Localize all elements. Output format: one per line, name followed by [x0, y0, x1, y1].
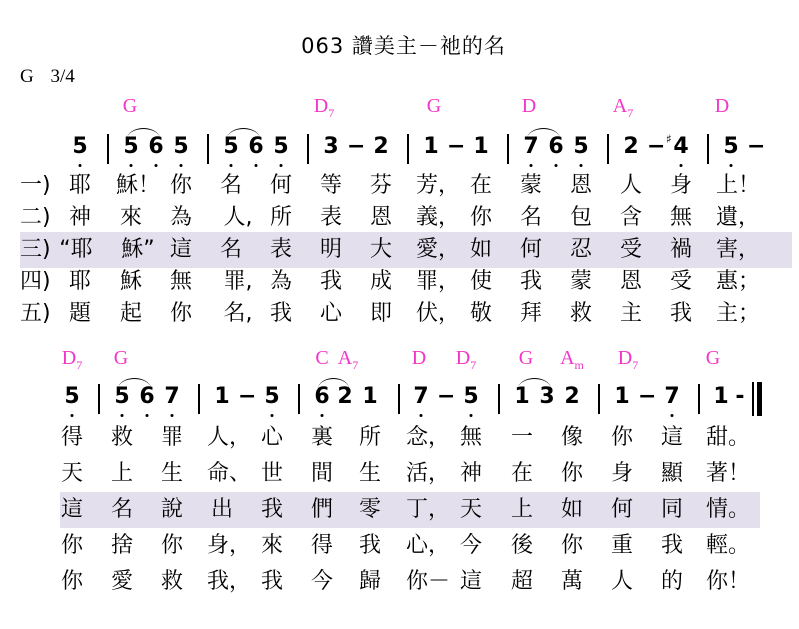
hold-dash: −	[647, 135, 665, 165]
note: 1	[361, 385, 379, 415]
note: 5	[272, 135, 290, 165]
lyric-char: 重	[611, 528, 633, 564]
lower-octave-dot-icon	[230, 164, 233, 167]
lyric-char: 何	[270, 168, 292, 204]
lyric-char: 超	[511, 564, 533, 600]
chord-symbol: A7	[613, 95, 633, 118]
chord-symbol: D7	[456, 347, 476, 370]
note: 5	[113, 385, 131, 415]
hold-dash: −	[347, 135, 365, 165]
lyric-char: 來	[120, 200, 142, 236]
barline	[407, 134, 409, 164]
tie-slur	[527, 128, 560, 139]
lyric-char: 人，	[207, 420, 251, 456]
lower-octave-dot-icon	[121, 414, 124, 417]
lyric-char: 主；	[716, 296, 760, 332]
lower-octave-dot-icon	[470, 414, 473, 417]
lyric-char: 我	[520, 264, 542, 300]
lyric-char: 心，	[406, 528, 450, 564]
barline	[207, 134, 209, 164]
lyric-char: 得	[61, 420, 83, 456]
sharp-icon: ♯	[666, 127, 672, 151]
hold-dash: −	[437, 385, 455, 415]
lyric-char: 你！	[706, 564, 750, 600]
time-signature: 3/4	[50, 66, 74, 87]
lyric-char: 上	[111, 456, 133, 492]
note: 5	[572, 135, 590, 165]
note: 5	[462, 385, 480, 415]
lyric-char: 人	[620, 168, 642, 204]
lyric-char: 起	[120, 296, 142, 332]
lyric-char: 間	[311, 456, 333, 492]
lower-octave-dot-icon	[146, 414, 149, 417]
lyric-char: 命、	[207, 456, 251, 492]
lyric-char: 含	[620, 200, 642, 236]
lyric-char: 等	[320, 168, 342, 204]
lyric-char: 今	[311, 564, 333, 600]
lyric-char: 今	[460, 528, 482, 564]
hold-dash: −	[638, 385, 656, 415]
final-barline-thin	[752, 382, 754, 416]
lower-octave-dot-icon	[171, 414, 174, 417]
lyric-char: 顯	[661, 456, 683, 492]
chord-symbol: C	[315, 347, 328, 370]
lyric-char: 救	[111, 420, 133, 456]
barline	[198, 384, 200, 414]
hold-dash: −	[747, 135, 765, 165]
note: 5	[172, 135, 190, 165]
lyric-char: 一	[511, 420, 533, 456]
lyric-char: 出	[211, 492, 233, 528]
tie-slur	[518, 378, 551, 389]
lyric-char: 身，	[207, 528, 251, 564]
lyric-char: 你	[470, 200, 492, 236]
lyric-char: “耶	[59, 232, 92, 268]
lyric-char: 罪,	[224, 264, 253, 300]
lyric-char: 裏	[311, 420, 333, 456]
lyric-char: 身	[670, 168, 692, 204]
chord-symbol: D7	[618, 347, 638, 370]
lyric-char: 遺，	[716, 200, 760, 236]
lyric-char: 同	[661, 492, 683, 528]
chord-symbol: D7	[62, 347, 82, 370]
note: 1	[613, 385, 631, 415]
lower-octave-dot-icon	[321, 414, 324, 417]
barline	[507, 134, 509, 164]
lyric-char: 伏，	[416, 296, 460, 332]
lyric-char: 穌”	[121, 232, 154, 268]
lyric-char: 甜。	[706, 420, 750, 456]
lyric-char: 敬	[470, 296, 492, 332]
lyric-char: 無	[170, 264, 192, 300]
lower-octave-dot-icon	[280, 164, 283, 167]
lyric-char: 你	[61, 528, 83, 564]
lyric-char: 受	[670, 264, 692, 300]
note: 7	[663, 385, 681, 415]
lyric-char: 丁，	[406, 492, 450, 528]
lyric-char: 我	[270, 296, 292, 332]
lyric-char: 天	[61, 456, 83, 492]
verse-number: 五)	[20, 296, 51, 332]
lyric-char: 義，	[416, 200, 460, 236]
lyric-char: 你	[161, 528, 183, 564]
lyric-char: 穌	[120, 264, 142, 300]
lyric-char: 如	[561, 492, 583, 528]
note: 2	[372, 135, 390, 165]
lyric-char: 禍	[670, 232, 692, 268]
note: 7	[412, 385, 430, 415]
lyric-char: 罪	[161, 420, 183, 456]
lyric-char: 成	[370, 264, 392, 300]
lyric-char: 你	[61, 564, 83, 600]
lyric-char: 救	[161, 564, 183, 600]
lyric-char: 念，	[406, 420, 450, 456]
lyric-char: 名,	[224, 296, 253, 332]
lyric-char: 芬	[370, 168, 392, 204]
barline	[698, 384, 700, 414]
lyric-char: 說	[161, 492, 183, 528]
lyric-char: 你	[611, 420, 633, 456]
tie-slur	[118, 378, 151, 389]
note: 6	[147, 135, 165, 165]
lyric-char: 世	[261, 456, 283, 492]
note: 2	[563, 385, 581, 415]
tie-slur	[127, 128, 160, 139]
verse-number: 四)	[20, 264, 51, 300]
lyric-char: 在	[511, 456, 533, 492]
lyric-char: 這	[460, 564, 482, 600]
tie-slur	[227, 128, 260, 139]
hold-dash: −	[238, 385, 256, 415]
note: 6	[313, 385, 331, 415]
note: 5	[71, 135, 89, 165]
lyric-char: 蒙	[520, 168, 542, 204]
lyric-char: 情。	[706, 492, 750, 528]
chord-symbol: D7	[314, 95, 334, 118]
lyric-char: 你	[170, 168, 192, 204]
lyric-char: 零	[359, 492, 381, 528]
lyric-char: 得	[311, 528, 333, 564]
lyric-char: 活，	[406, 456, 450, 492]
chord-symbol: D	[522, 95, 536, 118]
barline	[307, 134, 309, 164]
lyric-char: 歸	[359, 564, 381, 600]
note: 5	[122, 135, 140, 165]
barline	[398, 384, 400, 414]
chord-symbol: G	[123, 95, 137, 118]
barline	[98, 384, 100, 414]
lyric-char: 使	[470, 264, 492, 300]
lyric-char: 天	[460, 492, 482, 528]
note: 6	[547, 135, 565, 165]
lyric-char: 為	[270, 264, 292, 300]
lyric-char: 芳，	[416, 168, 460, 204]
lyric-char: 我	[261, 564, 283, 600]
lyric-char: 心	[320, 296, 342, 332]
lyric-char: 恩	[570, 168, 592, 204]
lyric-char: 所	[359, 420, 381, 456]
lower-octave-dot-icon	[530, 164, 533, 167]
lyric-char: 害，	[716, 232, 760, 268]
lyric-char: 人	[611, 564, 633, 600]
key-time-signature: G 3/4	[20, 66, 75, 88]
lyric-char: 耶	[69, 264, 91, 300]
lyric-char: 你－	[406, 564, 450, 600]
hymn-title: 063 讚美主－祂的名	[0, 30, 799, 60]
lyric-char: 名	[220, 232, 242, 268]
note: 1	[422, 135, 440, 165]
lower-octave-dot-icon	[671, 414, 674, 417]
barline	[607, 134, 609, 164]
lyric-char: 你	[561, 528, 583, 564]
lyric-char: 我	[661, 528, 683, 564]
note: 7	[163, 385, 181, 415]
verse-number: 三)	[20, 232, 51, 268]
note: 5	[722, 135, 740, 165]
note: 6	[138, 385, 156, 415]
lyric-char: 忍	[570, 232, 592, 268]
lyric-char: 捨	[111, 528, 133, 564]
lyric-char: 耶	[69, 168, 91, 204]
note: 2	[622, 135, 640, 165]
lyric-char: 你	[561, 456, 583, 492]
lyric-char: 包	[570, 200, 592, 236]
lower-octave-dot-icon	[680, 164, 683, 167]
lyric-char: 生	[161, 456, 183, 492]
lower-octave-dot-icon	[580, 164, 583, 167]
lyric-char: 蒙	[570, 264, 592, 300]
note: 1	[513, 385, 531, 415]
note: 3	[322, 135, 340, 165]
chord-symbol: G	[114, 347, 128, 370]
hold-dash: -	[731, 385, 749, 415]
lyric-char: 人,	[224, 200, 253, 236]
lyric-char: 拜	[520, 296, 542, 332]
lyric-char: 主	[620, 296, 642, 332]
lyric-char: 如	[470, 232, 492, 268]
chord-symbol: G	[706, 347, 720, 370]
lyric-char: 恩	[620, 264, 642, 300]
lyric-char: 我	[670, 296, 692, 332]
lower-octave-dot-icon	[255, 164, 258, 167]
note: 5	[63, 385, 81, 415]
lyric-char: 惠；	[716, 264, 760, 300]
lyric-char: 題	[69, 296, 91, 332]
lyric-char: 這	[170, 232, 192, 268]
tie-slur	[318, 378, 349, 389]
lyric-char: 名	[111, 492, 133, 528]
lyric-char: 著！	[706, 456, 750, 492]
chord-symbol: A7	[338, 347, 358, 370]
lyric-char: 在	[470, 168, 492, 204]
lyric-char: 名	[220, 168, 242, 204]
lyric-char: 心	[261, 420, 283, 456]
lyric-char: 神	[69, 200, 91, 236]
note: 4♯	[672, 135, 690, 165]
lyric-char: 愛	[111, 564, 133, 600]
verse-number: 二)	[20, 200, 51, 236]
lower-octave-dot-icon	[180, 164, 183, 167]
note: 1	[712, 385, 730, 415]
chord-symbol: Am	[560, 347, 584, 370]
lyric-char: 明	[320, 232, 342, 268]
lyric-char: 輕。	[706, 528, 750, 564]
lyric-char: 即	[370, 296, 392, 332]
lower-octave-dot-icon	[130, 164, 133, 167]
lyric-char: 我，	[207, 564, 251, 600]
note: 1	[213, 385, 231, 415]
barline	[598, 384, 600, 414]
barline	[107, 134, 109, 164]
lyric-char: 我	[320, 264, 342, 300]
lower-octave-dot-icon	[79, 164, 82, 167]
lyric-char: 何	[520, 232, 542, 268]
lyric-char: 救	[570, 296, 592, 332]
note: 5	[263, 385, 281, 415]
lyric-char: 神	[460, 456, 482, 492]
lyric-char: 我	[261, 492, 283, 528]
lower-octave-dot-icon	[420, 414, 423, 417]
note: 1	[472, 135, 490, 165]
lower-octave-dot-icon	[555, 164, 558, 167]
lyric-char: 這	[661, 420, 683, 456]
lyric-char: 表	[320, 200, 342, 236]
verse-number: 一)	[20, 168, 51, 204]
key-signature: G	[20, 66, 34, 87]
lyric-char: 為	[170, 200, 192, 236]
lyric-char: 的	[661, 564, 683, 600]
note: 3	[538, 385, 556, 415]
hold-dash: −	[447, 135, 465, 165]
lyric-char: 受	[620, 232, 642, 268]
lyric-char: 萬	[561, 564, 583, 600]
barline	[707, 134, 709, 164]
note: 5	[222, 135, 240, 165]
lyric-char: 愛，	[416, 232, 460, 268]
note: 7	[522, 135, 540, 165]
lyric-char: 後	[511, 528, 533, 564]
lyric-char: 穌！	[116, 168, 160, 204]
barline	[298, 384, 300, 414]
lyric-char: 你	[170, 296, 192, 332]
lyric-char: 恩	[370, 200, 392, 236]
chord-symbol: G	[519, 347, 533, 370]
lyric-char: 何	[611, 492, 633, 528]
note: 6	[247, 135, 265, 165]
chord-symbol: D	[412, 347, 426, 370]
lyric-char: 生	[359, 456, 381, 492]
lyric-char: 上	[511, 492, 533, 528]
lower-octave-dot-icon	[271, 414, 274, 417]
barline	[498, 384, 500, 414]
chord-symbol: G	[427, 95, 441, 118]
lyric-char: 身	[611, 456, 633, 492]
lyric-char: 罪，	[416, 264, 460, 300]
lyric-char: 表	[270, 232, 292, 268]
lyric-char: 名	[520, 200, 542, 236]
chord-symbol: D	[715, 95, 729, 118]
lyric-char: 來	[261, 528, 283, 564]
final-barline-thick	[757, 382, 762, 416]
note: 2	[336, 385, 354, 415]
lower-octave-dot-icon	[71, 414, 74, 417]
lower-octave-dot-icon	[155, 164, 158, 167]
lyric-char: 像	[561, 420, 583, 456]
lyric-char: 這	[61, 492, 83, 528]
lyric-char: 無	[670, 200, 692, 236]
lyric-char: 上！	[716, 168, 760, 204]
lyric-char: 無	[460, 420, 482, 456]
lyric-char: 所	[270, 200, 292, 236]
lower-octave-dot-icon	[730, 164, 733, 167]
lyric-char: 們	[311, 492, 333, 528]
lyric-char: 我	[359, 528, 381, 564]
lyric-char: 大	[370, 232, 392, 268]
